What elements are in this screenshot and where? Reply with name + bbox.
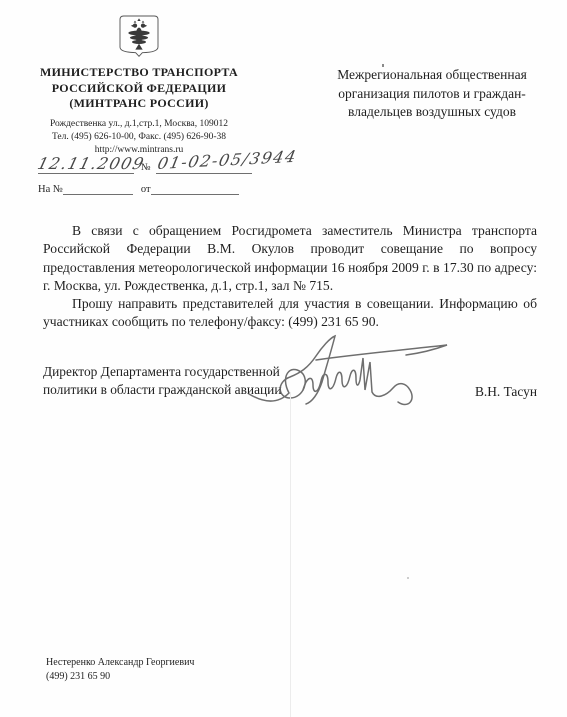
- body-paragraph-1: В связи с обращением Росгидромета замест…: [43, 222, 537, 295]
- executor-phone: (499) 231 65 90: [46, 670, 194, 684]
- addressee-line3: владельцев воздушных судов: [317, 103, 547, 122]
- reference-block: 12.11.2009 № 01-02-05/3944 На № от: [38, 152, 263, 195]
- scan-fold-line: [290, 392, 291, 717]
- scanned-letter-page: МИНИСТЕРСТВО ТРАНСПОРТА РОССИЙСКОЙ ФЕДЕР…: [0, 0, 567, 717]
- org-name-line2: РОССИЙСКОЙ ФЕДЕРАЦИИ: [28, 81, 250, 97]
- signatory-position-line1: Директор Департамента государственной: [43, 363, 353, 381]
- org-phone-fax: Тел. (495) 626-10-00, Факс. (495) 626-90…: [28, 131, 250, 144]
- coat-of-arms-icon: [119, 14, 159, 60]
- executor-block: Нестеренко Александр Георгиевич (499) 23…: [46, 656, 194, 683]
- outgoing-date-field: 12.11.2009: [38, 154, 134, 174]
- org-address: Рождественка ул., д.1,стр.1, Москва, 109…: [28, 118, 250, 131]
- reply-date-blank: [151, 183, 239, 195]
- addressee-line2: организация пилотов и граждан-: [317, 85, 547, 104]
- signatory-position-line2: политики в области гражданской авиации: [43, 381, 353, 399]
- letter-body: В связи с обращением Росгидромета замест…: [43, 222, 537, 332]
- reply-number-blank: [63, 183, 133, 195]
- reply-to-label: На №: [38, 184, 63, 195]
- addressee-line1: Межрегиональная общественная: [317, 66, 547, 85]
- org-name-line3: (МИНТРАНС РОССИИ): [28, 96, 250, 112]
- letterhead: МИНИСТЕРСТВО ТРАНСПОРТА РОССИЙСКОЙ ФЕДЕР…: [28, 14, 250, 157]
- handwritten-date: 12.11.2009: [36, 154, 147, 173]
- scan-artifact-dot: [407, 577, 409, 579]
- addressee-block: Межрегиональная общественная организация…: [317, 66, 547, 122]
- outgoing-number-field: 01-02-05/3944: [156, 154, 252, 174]
- body-paragraph-2: Прошу направить представителей для участ…: [43, 295, 537, 332]
- scan-artifact-dot: [382, 64, 384, 67]
- from-label: от: [141, 184, 151, 195]
- org-name-line1: МИНИСТЕРСТВО ТРАНСПОРТА: [28, 65, 250, 81]
- signatory-name: В.Н. Тасун: [475, 383, 537, 401]
- executor-name: Нестеренко Александр Георгиевич: [46, 656, 194, 670]
